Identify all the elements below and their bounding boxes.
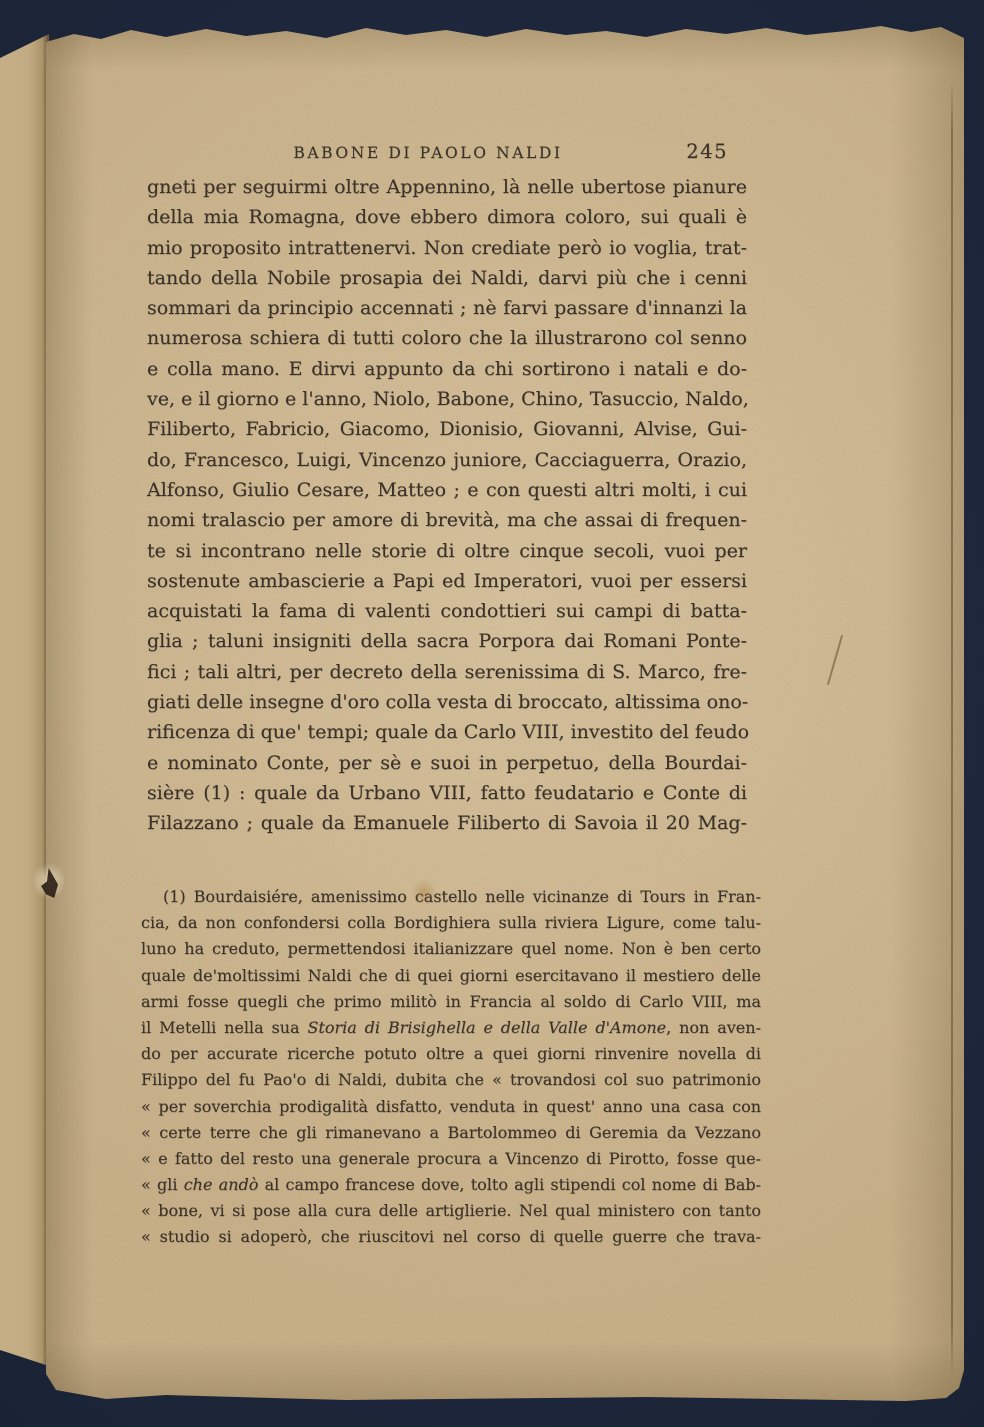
body-line: glia ; taluni insigniti della sacra Porp… [147,626,747,656]
footnote-italic-title: Storia di Brisighella e della Valle d'Am… [307,1018,666,1037]
footnote-line: il Metelli nella sua Storia di Brisighel… [141,1015,761,1041]
footnote-line: « e fatto del resto una generale procura… [141,1146,761,1172]
footnote-block: (1) Bourdaisiére, amenissimo castello ne… [141,884,761,1251]
page-number: 245 [686,140,728,163]
body-line: rificenza di que' tempi; quale da Carlo … [147,717,747,747]
body-line: e nominato Conte, per sè e suoi in perpe… [147,748,747,778]
footnote-italic-phrase: che andò [184,1175,259,1194]
page-header: BABONE DI PAOLO NALDI 245 [146,144,746,162]
footnote-line: cia, da non confondersi colla Bordighier… [141,910,761,936]
body-line: sière (1) : quale da Urbano VIII, fatto … [147,778,747,808]
footnote-text: al campo francese dove, tolto agli stipe… [258,1175,761,1194]
body-line: giati delle insegne d'oro colla vesta di… [147,687,747,717]
footnote-line: « bone, vi si pose alla cura delle artig… [141,1198,761,1224]
body-line: mio proposito intrattenervi. Non crediat… [147,233,747,263]
footnote-line: (1) Bourdaisiére, amenissimo castello ne… [141,884,761,910]
main-text-block: gneti per seguirmi oltre Appennino, là n… [147,172,747,839]
adjacent-page-gutter [0,34,49,1366]
running-title: BABONE DI PAOLO NALDI [146,144,710,162]
footnote-line: « per soverchia prodigalità disfatto, ve… [141,1094,761,1120]
body-line: te si incontrano nelle storie di oltre c… [147,536,747,566]
footnote-line: do per accurate ricerche potuto oltre a … [141,1041,761,1067]
body-line: fici ; tali altri, per decreto della ser… [147,657,747,687]
body-line: e colla mano. E dirvi appunto da chi sor… [147,354,747,384]
body-line: Alfonso, Giulio Cesare, Matteo ; e con q… [147,475,747,505]
body-line: acquistati la fama di valenti condottier… [147,596,747,626]
footnote-text: « gli [141,1175,184,1194]
body-line: Filiberto, Fabricio, Giacomo, Dionisio, … [147,414,747,444]
body-line: ve, e il giorno e l'anno, Niolo, Babone,… [147,384,747,414]
footnote-text: , non aven- [666,1018,761,1037]
book-page: BABONE DI PAOLO NALDI 245 gneti per segu… [46,22,964,1403]
body-line: numerosa schiera di tutti coloro che la … [147,323,747,353]
body-line: do, Francesco, Luigi, Vincenzo juniore, … [147,445,747,475]
body-line: sostenute ambascierie a Papi ed Imperato… [147,566,747,596]
footnote-line: armi fosse quegli che primo militò in Fr… [141,989,761,1015]
footnote-line: « certe terre che gli rimanevano a Barto… [141,1120,761,1146]
body-line: sommari da principio accennati ; nè farv… [147,293,747,323]
underlying-page-edge-line [951,80,953,1377]
footnote-line: « gli che andò al campo francese dove, t… [141,1172,761,1198]
body-line: nomi tralascio per amore di brevità, ma … [147,505,747,535]
body-line: Filazzano ; quale da Emanuele Filiberto … [147,808,747,838]
footnote-line: Filippo del fu Pao'o di Naldi, dubita ch… [141,1067,761,1093]
body-line: gneti per seguirmi oltre Appennino, là n… [147,172,747,202]
body-line: della mia Romagna, dove ebbero dimora co… [147,202,747,232]
footnote-line: quale de'moltissimi Naldi che di quei gi… [141,963,761,989]
footnote-line: luno ha creduto, permettendosi italianiz… [141,936,761,962]
book-photo-scene: BABONE DI PAOLO NALDI 245 gneti per segu… [0,0,984,1427]
footnote-line: « studio si adoperò, che riuscitovi nel … [141,1224,761,1250]
footnote-text: il Metelli nella sua [141,1018,307,1037]
paper-stain [412,878,436,906]
body-line: tando della Nobile prosapia dei Naldi, d… [147,263,747,293]
